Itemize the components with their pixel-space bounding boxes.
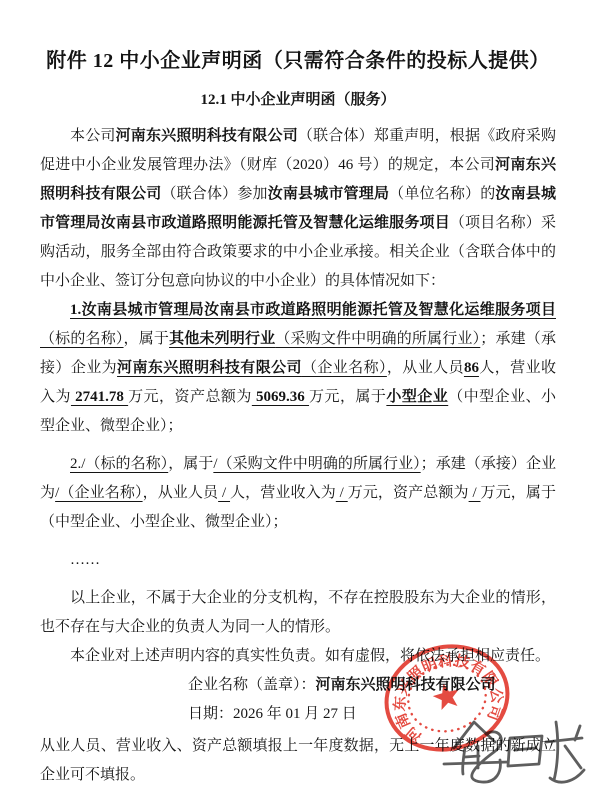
company-label: 企业名称（盖章）：	[188, 677, 316, 693]
ellipsis-line: ……	[40, 546, 556, 575]
company-seal-line: 企业名称（盖章）：河南东兴照明科技有限公司	[188, 671, 556, 700]
form-subtitle: 12.1 中小企业声明函（服务）	[40, 88, 556, 109]
item-2-paragraph: 2./（标的名称），属于/（采购文件中明确的所属行业）；承建（承接）企业为/（企…	[40, 450, 556, 537]
company-name-value: 河南东兴照明科技有限公司	[316, 677, 496, 693]
closing-paragraph-1: 以上企业，不属于大企业的分支机构，不存在控股股东为大企业的情形，也不存在与大企业…	[40, 584, 556, 642]
date-label: 日期：	[188, 706, 233, 722]
document-body: 本公司河南东兴照明科技有限公司（联合体）郑重声明，根据《政府采购促进中小企业发展…	[40, 122, 556, 671]
document-page: { "doc": { "title": "附件 12 中小企业声明函（只需符合条…	[0, 0, 593, 802]
date-line: 日期：2026 年 01 月 27 日	[188, 700, 556, 729]
date-value: 2026 年 01 月 27 日	[233, 706, 357, 722]
footnote-text: 从业人员、营业收入、资产总额填报上一年度数据，无上一年度数据的新成立企业可不填报…	[40, 732, 556, 790]
item-1-paragraph: 1.汝南县城市管理局汝南县市政道路照明能源托管及智慧化运维服务项目（标的名称），…	[40, 296, 556, 441]
signature-block: 企业名称（盖章）：河南东兴照明科技有限公司 日期：2026 年 01 月 27 …	[188, 671, 556, 729]
attachment-title: 附件 12 中小企业声明函（只需符合条件的投标人提供）	[40, 44, 556, 73]
closing-paragraph-2: 本企业对上述声明内容的真实性负责。如有虚假，将依法承担相应责任。	[40, 642, 556, 671]
intro-paragraph: 本公司河南东兴照明科技有限公司（联合体）郑重声明，根据《政府采购促进中小企业发展…	[40, 122, 556, 296]
